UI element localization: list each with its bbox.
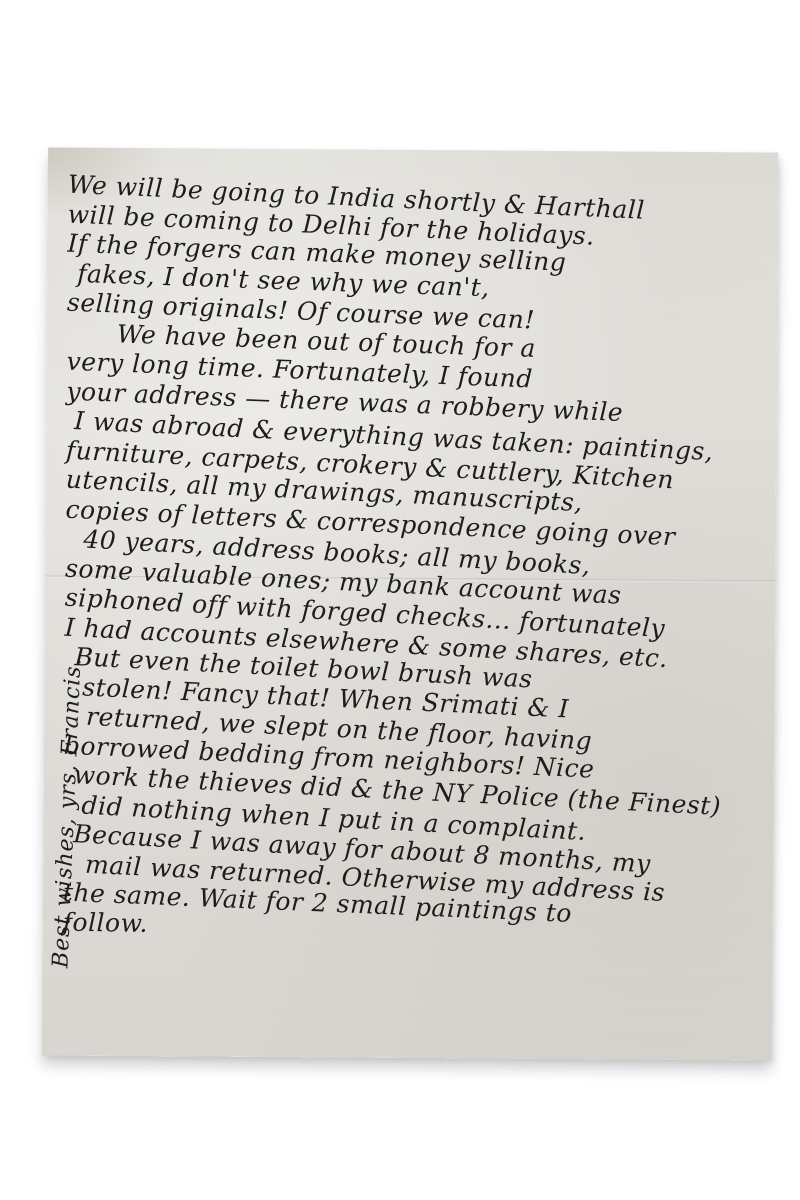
- letter-body: We will be going to India shortly & Hart…: [63, 170, 768, 942]
- letter-sheet: We will be going to India shortly & Hart…: [42, 147, 778, 1060]
